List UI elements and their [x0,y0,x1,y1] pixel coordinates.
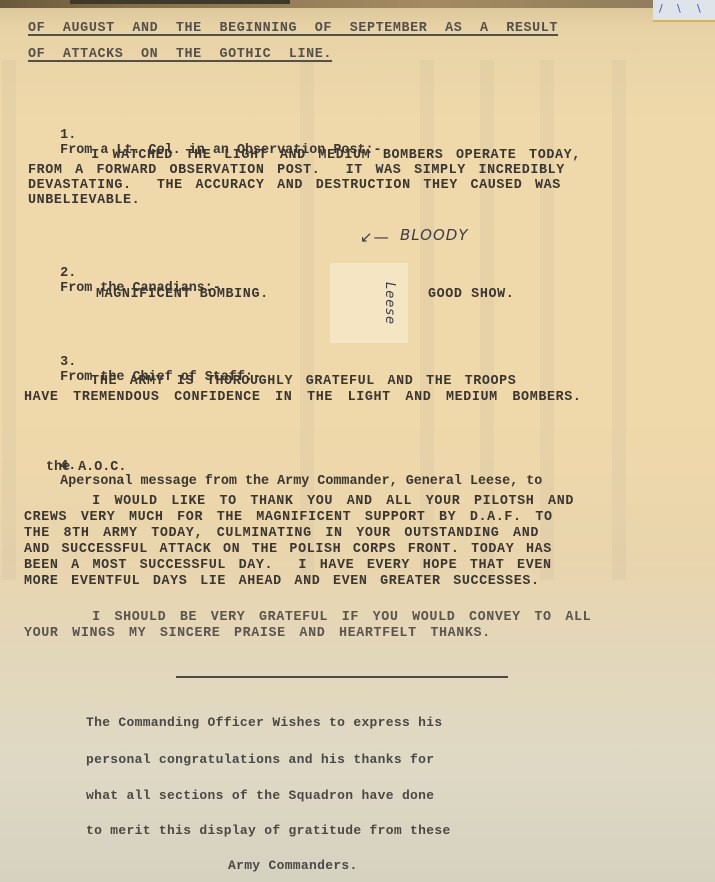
header-line-1: OF AUGUST AND THE BEGINNING OF SEPTEMBER… [28,21,558,36]
closing-line: Army Commanders. [228,858,358,873]
section-title: Apersonal message from the Army Commande… [60,474,542,489]
section-1-body-line: DEVASTATING. THE ACCURACY AND DESTRUCTIO… [28,178,561,193]
header-line-2: OF ATTACKS ON THE GOTHIC LINE. [28,47,332,62]
section-4-body2-line: I SHOULD BE VERY GRATEFUL IF YOU WOULD C… [24,610,591,625]
handwritten-annotation-bloody: BLOODY [400,226,469,244]
section-4-body-line: THE 8TH ARMY TODAY, CULMINATING IN YOUR … [24,526,539,541]
section-1-body-line: UNBELIEVABLE. [28,193,140,208]
section-number: 3. [60,355,76,370]
section-4-body-line: MORE EVENTFUL DAYS LIE AHEAD AND EVEN GR… [24,574,540,589]
section-2-heading: 2. From the Canadians:- [28,251,221,311]
section-4-body-line: I WOULD LIKE TO THANK YOU AND ALL YOUR P… [24,494,574,509]
section-2-body-right: GOOD SHOW. [428,287,514,302]
section-number: 1. [60,128,76,143]
section-1-body-line: I WATCHED THE LIGHT AND MEDIUM BOMBERS O… [28,148,581,163]
bleed-through-column [2,60,16,580]
corner-paper-fragment: / \ \ [653,0,715,22]
section-number: 2. [60,266,76,281]
bleed-through-column [612,60,626,580]
closing-line: what all sections of the Squadron have d… [86,788,434,803]
section-4-body2-line: YOUR WINGS MY SINCERE PRAISE AND HEARTFE… [24,626,491,641]
section-2-body-left: MAGNIFICENT BOMBING. [96,287,269,302]
handwritten-annotation-leese: Leese [382,282,397,325]
section-3-body-line: THE ARMY IS THOROUGHLY GRATEFUL AND THE … [28,374,516,389]
document-page: / \ \ OF AUGUST AND THE BEGINNING OF SEP… [0,0,715,882]
closing-line: to merit this display of gratitude from … [86,823,451,838]
section-4-body-line: BEEN A MOST SUCCESSFUL DAY. I HAVE EVERY… [24,558,552,573]
section-1-body-line: FROM A FORWARD OBSERVATION POST. IT WAS … [28,163,565,178]
section-divider [176,676,508,678]
section-4-heading-cont: the A.O.C. [46,460,126,475]
section-4-body-line: AND SUCCESSFUL ATTACK ON THE POLISH CORP… [24,542,552,557]
top-cut-text-fragment [70,0,290,4]
section-3-body-line: HAVE TREMENDOUS CONFIDENCE IN THE LIGHT … [24,390,582,405]
closing-line: The Commanding Officer Wishes to express… [86,715,442,730]
closing-line: personal congratulations and his thanks … [86,752,434,767]
section-4-body-line: CREWS VERY MUCH FOR THE MAGNIFICENT SUPP… [24,510,553,525]
handwritten-arrow-icon: ↙— [360,228,390,246]
